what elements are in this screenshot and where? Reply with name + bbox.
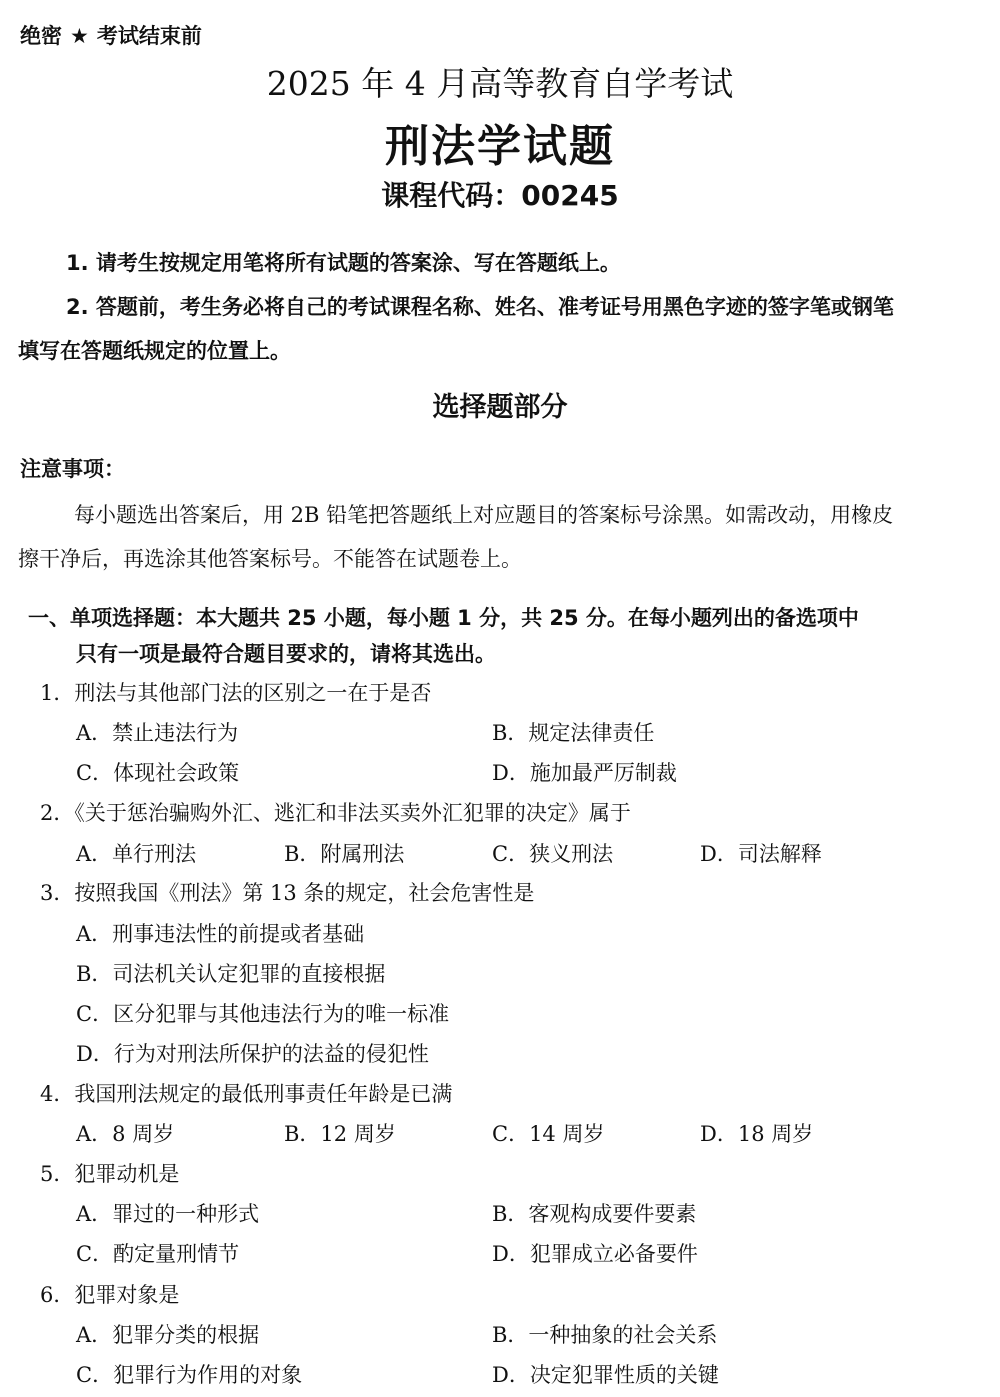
star-icon: ★ — [70, 24, 89, 48]
question-2-option-a: A．单行刑法 — [76, 838, 196, 868]
question-3-option-a: A．刑事违法性的前提或者基础 — [76, 918, 364, 948]
question-1-option-c: C．体现社会政策 — [76, 757, 239, 787]
notice-line-2: 擦干净后，再选涂其他答案标号。不能答在试题卷上。 — [18, 543, 522, 573]
notice-line-1: 每小题选出答案后，用 2B 铅笔把答题纸上对应题目的答案标号涂黑。如需改动，用橡… — [74, 499, 893, 529]
question-4-option-d: D．18 周岁 — [700, 1118, 813, 1148]
question-2-stem: 2．《关于惩治骗购外汇、逃汇和非法买卖外汇犯罪的决定》属于 — [40, 797, 631, 827]
question-2-option-b: B．附属刑法 — [284, 838, 404, 868]
question-5-option-a: A．罪过的一种形式 — [76, 1198, 259, 1228]
question-3-option-b: B．司法机关认定犯罪的直接根据 — [76, 958, 385, 988]
part-one-heading-line-2: 只有一项是最符合题目要求的，请将其选出。 — [76, 638, 496, 668]
question-5-stem: 5．犯罪动机是 — [40, 1158, 179, 1188]
question-1-option-b: B．规定法律责任 — [492, 717, 654, 747]
question-4-option-a: A．8 周岁 — [76, 1118, 174, 1148]
question-3-stem: 3．按照我国《刑法》第 13 条的规定，社会危害性是 — [40, 877, 534, 907]
exam-title: 2025 年 4 月高等教育自学考试 — [0, 58, 1000, 105]
section-title: 选择题部分 — [0, 385, 1000, 424]
question-1-stem: 1．刑法与其他部门法的区别之一在于是否 — [40, 677, 431, 707]
question-1-option-a: A．禁止违法行为 — [76, 717, 238, 747]
question-6-stem: 6．犯罪对象是 — [40, 1279, 179, 1309]
part-one-heading-line-1: 一、单项选择题：本大题共 25 小题，每小题 1 分，共 25 分。在每小题列出… — [28, 602, 859, 632]
question-6-option-c: C．犯罪行为作用的对象 — [76, 1359, 302, 1389]
secret-suffix: 考试结束前 — [97, 24, 202, 48]
question-5-option-b: B．客观构成要件要素 — [492, 1198, 696, 1228]
subject-title: 刑法学试题 — [0, 110, 1000, 174]
question-1-option-d: D．施加最严厉制裁 — [492, 757, 677, 787]
secret-label: 绝密 — [20, 24, 62, 48]
instruction-1: 1. 请考生按规定用笔将所有试题的答案涂、写在答题纸上。 — [66, 247, 621, 277]
question-2-option-d: D．司法解释 — [700, 838, 822, 868]
course-code: 课程代码：00245 — [0, 174, 1000, 214]
question-2-option-c: C．狭义刑法 — [492, 838, 613, 868]
question-3-option-c: C．区分犯罪与其他违法行为的唯一标准 — [76, 998, 449, 1028]
question-5-option-d: D．犯罪成立必备要件 — [492, 1238, 698, 1268]
question-6-option-b: B．一种抽象的社会关系 — [492, 1319, 717, 1349]
question-6-option-d: D．决定犯罪性质的关键 — [492, 1359, 719, 1389]
question-5-option-c: C．酌定量刑情节 — [76, 1238, 239, 1268]
question-3-option-d: D．行为对刑法所保护的法益的侵犯性 — [76, 1038, 429, 1068]
question-4-option-b: B．12 周岁 — [284, 1118, 396, 1148]
instruction-2-continued: 填写在答题纸规定的位置上。 — [18, 335, 291, 365]
instruction-2: 2. 答题前，考生务必将自己的考试课程名称、姓名、准考证号用黑色字迹的签字笔或钢… — [66, 291, 894, 321]
question-4-option-c: C．14 周岁 — [492, 1118, 604, 1148]
notice-label: 注意事项： — [20, 453, 125, 483]
question-6-option-a: A．犯罪分类的根据 — [76, 1319, 259, 1349]
question-4-stem: 4．我国刑法规定的最低刑事责任年龄是已满 — [40, 1078, 452, 1108]
confidential-label: 绝密★考试结束前 — [20, 20, 202, 50]
